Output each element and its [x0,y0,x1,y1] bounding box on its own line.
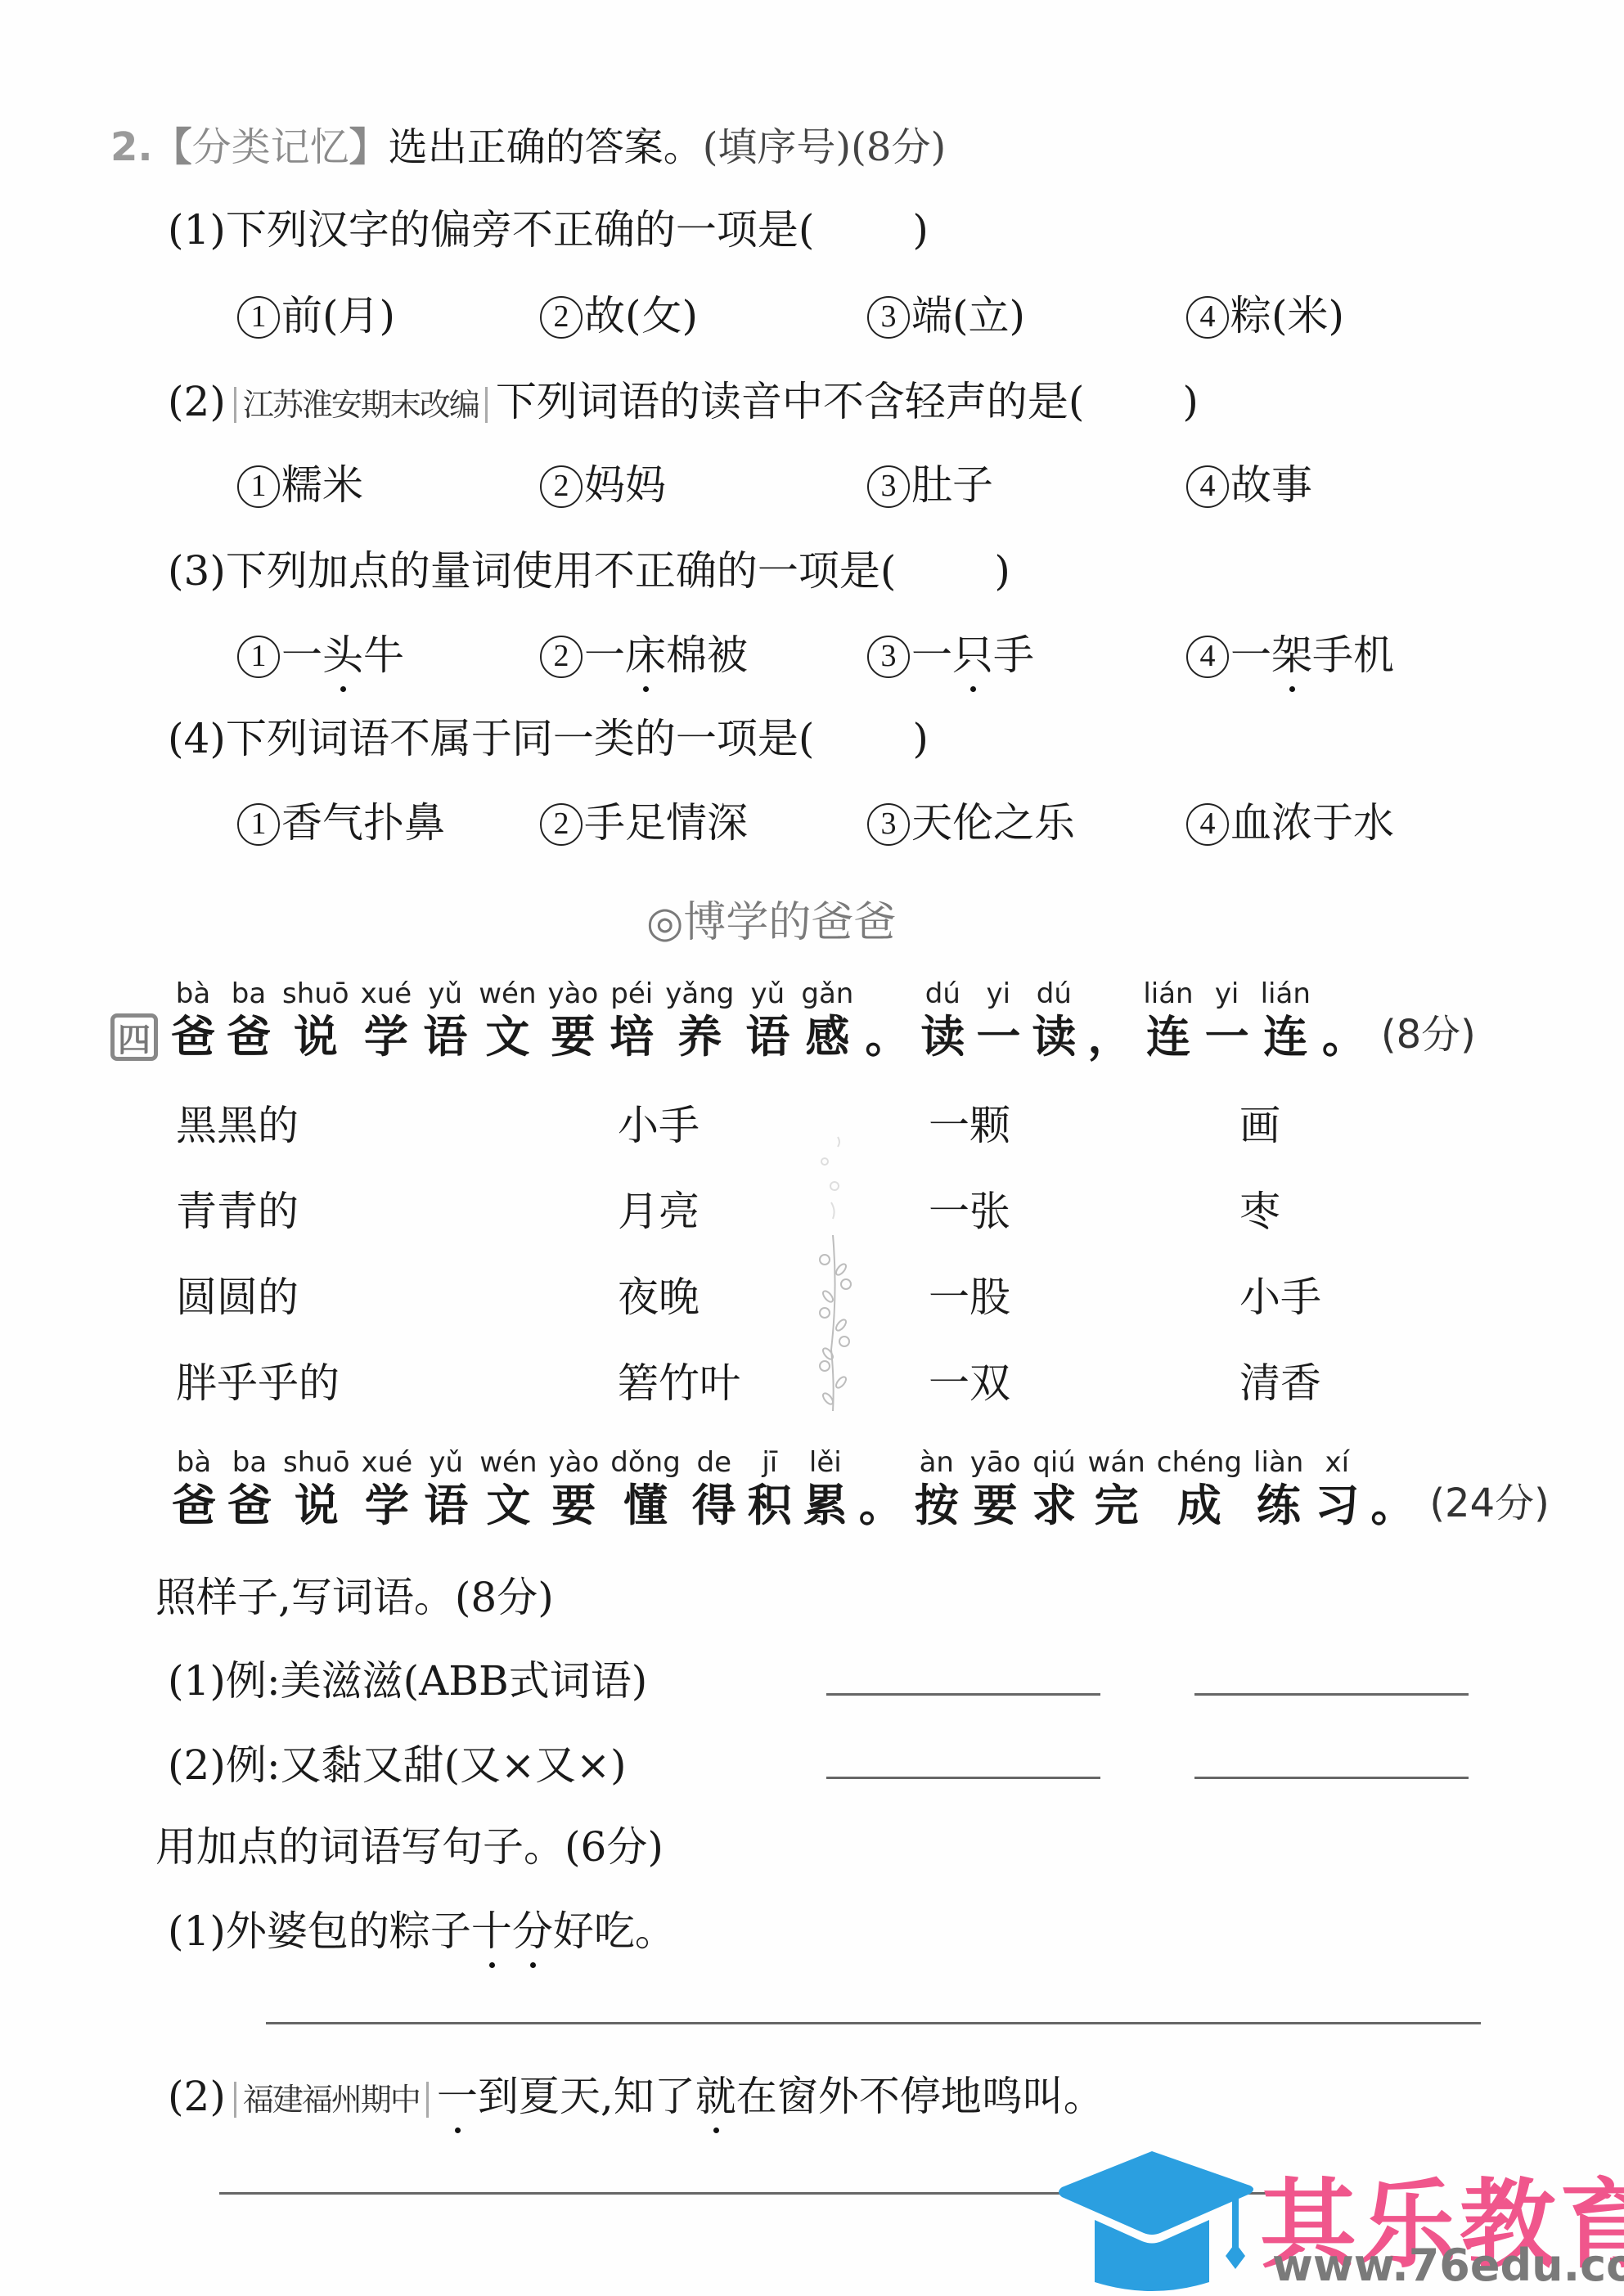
pinyin: yǎng [665,977,734,1010]
option-2: 2手足情深 [540,798,748,848]
hanzi: 懂 [623,1479,668,1533]
pinyin: lěi [809,1446,842,1479]
pinyin: wén [479,977,536,1010]
q2-item-1-prompt: (1)下列汉字的偏旁不正确的一项是() [168,204,929,255]
answer-blank-1b[interactable] [1194,1693,1469,1696]
pinyin: chéng [1157,1446,1242,1479]
hanzi: 读 [920,1010,965,1064]
hanzi: 感 [805,1010,849,1064]
pinyin-char: jī积 [748,1446,792,1533]
pinyin: yi [1215,977,1239,1010]
pinyin-char: yāo要 [970,1446,1021,1533]
part1-instruction: 照样子,写词语。(8分) [155,1572,554,1623]
q2-score: (8分) [851,124,946,170]
hanzi: 说 [294,1010,338,1064]
hanzi: 完 [1095,1479,1139,1533]
hanzi: 养 [677,1010,722,1064]
part2-item-1: (1)外婆包的粽子十分好吃。 [168,1906,676,1957]
hanzi: 语 [424,1479,468,1533]
pinyin-char: lián连 [1143,977,1193,1064]
pinyin-char: wén文 [479,977,536,1064]
pinyin-char: dǒng懂 [610,1446,681,1533]
hanzi: 习 [1315,1479,1359,1533]
pinyin: dǒng [610,1446,681,1479]
pinyin-char: ba爸 [227,1446,272,1533]
q2-category-tag: 分类记忆 [192,124,349,170]
pinyin-char: yi一 [1205,977,1249,1064]
option-3: 3天伦之乐 [867,798,1075,848]
hanzi: 文 [485,1010,529,1064]
pinyin-char: ba爸 [227,977,271,1064]
hanzi: 读 [1032,1010,1076,1064]
hanzi: 说 [295,1479,339,1533]
pinyin: yi [987,977,1011,1010]
option-4: 4故事 [1186,460,1312,510]
emphasis-dot-char: 只 [952,630,993,681]
option-3: 3一只手 [867,630,1034,681]
pinyin-char: wán完 [1088,1446,1145,1533]
emphasis-dot-char: 十 [471,1906,512,1957]
hanzi: 爸 [227,1010,271,1064]
pinyin-char: xué学 [362,1446,413,1533]
pinyin-char: yǔ语 [423,977,467,1064]
option-3: 3端(立) [867,290,1025,341]
pinyin-char: qiú求 [1032,1446,1077,1533]
pinyin-char: dú读 [1032,977,1076,1064]
hanzi: 累 [803,1479,848,1533]
pinyin: wán [1088,1446,1145,1479]
pinyin-char: 。 [859,1446,903,1533]
pinyin-char: shuō说 [283,1446,350,1533]
q2-heading: 2.【分类记忆】选出正确的答案。(填序号)(8分) [110,123,946,172]
pinyin: wén [479,1446,537,1479]
pinyin: dú [1037,977,1072,1010]
pinyin-char: de得 [692,1446,736,1533]
pinyin-char: yào要 [549,1446,600,1533]
pinyin-char: 。 [865,977,909,1064]
part1-item-2: (2)例:又黏又甜(又×又×) [168,1740,626,1791]
match-col-3-row-2[interactable]: 一张 [929,1186,1010,1237]
pinyin: qiú [1032,1446,1076,1479]
pinyin: lián [1261,977,1311,1010]
pinyin: péi [610,977,653,1010]
section-5-score: (24分) [1429,1472,1550,1528]
match-col-2-row-1[interactable]: 小手 [618,1100,700,1151]
option-1: 1糯米 [237,460,363,510]
pinyin-char: 。 [1322,977,1366,1064]
pinyin: xué [361,977,412,1010]
pinyin-char: yǎng养 [665,977,734,1064]
source-tag: 江苏淮安期末改编 [234,387,488,423]
option-1: 1前(月) [237,290,395,341]
pinyin: de [697,1446,732,1479]
emphasis-dot-char: 分 [512,1906,553,1957]
emphasis-dot-char: 头 [322,630,363,681]
match-col-3-row-4[interactable]: 一双 [929,1358,1010,1409]
option-3: 3肚子 [867,460,993,510]
pinyin-char: 。 [1370,1446,1415,1533]
pinyin: xí [1325,1446,1350,1479]
option-4: 4粽(米) [1186,290,1344,341]
pinyin: yǔ [751,977,785,1010]
pinyin-char: wén文 [479,1446,537,1533]
pinyin-char: yǔ语 [424,1446,468,1533]
pinyin: yāo [970,1446,1021,1479]
pinyin: bà [177,1446,211,1479]
match-col-2-row-3[interactable]: 夜晚 [618,1272,700,1323]
pinyin-char: xué学 [361,977,412,1064]
match-col-4-row-1[interactable]: 画 [1239,1100,1280,1151]
hanzi: 学 [364,1010,408,1064]
hanzi: 得 [692,1479,736,1533]
pinyin-title: bà爸ba爸shuō说xué学yǔ语wén文yào要dǒng懂de得jī积lěi… [172,1446,1426,1533]
pinyin-char: xí习 [1315,1446,1359,1533]
section-number-badge: 四 [110,1013,158,1061]
pinyin: shuō [283,1446,350,1479]
pinyin-title: bà爸ba爸shuō说xué学yǔ语wén文yào要péi培yǎng养yǔ语gǎ… [171,977,1378,1064]
pinyin: gǎn [801,977,853,1010]
pinyin: yào [549,1446,600,1479]
pinyin-char: shuō说 [282,977,349,1064]
pinyin-char: yi一 [976,977,1020,1064]
pinyin: xué [362,1446,413,1479]
hanzi: 求 [1032,1479,1077,1533]
option-2: 2妈妈 [540,460,666,510]
emphasis-dot-char: 一 [437,2071,478,2122]
pinyin: yǔ [429,1446,463,1479]
emphasis-dot-char: 床 [625,630,666,681]
pinyin: lián [1143,977,1193,1010]
option-1: 1香气扑鼻 [237,798,445,848]
hanzi: 按 [915,1479,959,1533]
pinyin-char: yǔ语 [745,977,790,1064]
pinyin: jī [762,1446,777,1479]
hanzi: 要 [551,1010,595,1064]
q2-item-2-prompt: (2)江苏淮安期末改编下列词语的读音中不含轻声的是() [168,376,1199,430]
pinyin-char: péi培 [610,977,654,1064]
hanzi: 。 [859,1479,903,1533]
hanzi: 爸 [171,1010,215,1064]
hanzi: 。 [865,1010,909,1064]
match-col-4-row-4[interactable]: 清香 [1239,1358,1321,1409]
answer-blank-2b[interactable] [1194,1777,1469,1779]
pinyin: liàn [1253,1446,1303,1479]
hanzi: 爸 [227,1479,272,1533]
hanzi: 培 [610,1010,654,1064]
pinyin: ba [232,977,266,1010]
match-col-3-row-3[interactable]: 一股 [929,1272,1010,1323]
pinyin-char: ， [1087,977,1131,1064]
pinyin: yào [548,977,599,1010]
part2-item-2: (2)福建福州期中一到夏天,知了就在窗外不停地鸣叫。 [168,2071,1104,2125]
hanzi: 成 [1177,1479,1221,1533]
option-1: 1一头牛 [237,630,404,681]
match-col-2-row-2[interactable]: 月亮 [618,1186,700,1237]
hanzi: 要 [974,1479,1018,1533]
pinyin-char: chéng成 [1157,1446,1242,1533]
pinyin-char: bà爸 [172,1446,216,1533]
hanzi: 学 [365,1479,409,1533]
match-col-1-row-1[interactable]: 黑黑的 [176,1100,299,1151]
option-4: 4一架手机 [1186,630,1394,681]
hanzi: 文 [486,1479,530,1533]
hanzi: 连 [1263,1010,1307,1064]
pinyin-char: àn按 [915,1446,959,1533]
source-tag: 福建福州期中 [234,2082,429,2118]
pinyin: shuō [282,977,349,1010]
match-col-4-row-3[interactable]: 小手 [1239,1272,1321,1323]
q2-item-4-prompt: (4)下列词语不属于同一类的一项是() [168,713,929,764]
pinyin: dú [925,977,960,1010]
match-col-4-row-2[interactable]: 枣 [1239,1186,1280,1237]
hanzi: 。 [1370,1479,1415,1533]
section-5-heading: bà爸ba爸shuō说xué学yǔ语wén文yào要dǒng懂de得jī积lěi… [172,1446,1550,1533]
hanzi: 要 [551,1479,596,1533]
vine-decoration-icon [810,1088,859,1415]
pinyin-char: bà爸 [171,977,215,1064]
hanzi: 爸 [172,1479,216,1533]
q2-number: 2. [110,124,153,170]
hanzi: 。 [1322,1010,1366,1064]
section-4-heading: 四 bà爸ba爸shuō说xué学yǔ语wén文yào要péi培yǎng养yǔ语… [110,977,1476,1064]
pinyin-char: dú读 [920,977,965,1064]
graduation-cap-icon [1054,2136,1258,2292]
brand-url[interactable]: www.76edu.com [1272,2240,1624,2291]
part2-instruction: 用加点的词语写句子。(6分) [155,1822,664,1872]
option-2: 2一床棉被 [540,630,748,681]
pinyin-char: yào要 [548,977,599,1064]
pinyin: yǔ [428,977,462,1010]
pinyin: ba [232,1446,267,1479]
pinyin-char: lěi累 [803,1446,848,1533]
option-2: 2故(攵) [540,290,698,341]
pinyin-char: liàn练 [1253,1446,1303,1533]
pinyin-char: lián连 [1261,977,1311,1064]
hanzi: 练 [1257,1479,1301,1533]
pinyin: bà [176,977,210,1010]
hanzi: 一 [976,1010,1020,1064]
section-4-score: (8分) [1381,1003,1476,1059]
match-col-2-row-4[interactable]: 箬竹叶 [618,1358,740,1409]
hanzi: 语 [745,1010,790,1064]
match-col-1-row-3[interactable]: 圆圆的 [176,1272,299,1323]
pinyin-char: gǎn感 [801,977,853,1064]
match-col-3-row-1[interactable]: 一颗 [929,1100,1010,1151]
match-col-1-row-4[interactable]: 胖乎乎的 [176,1358,340,1409]
hanzi: 积 [748,1479,792,1533]
emphasis-dot-char: 架 [1271,630,1312,681]
section-subtitle: ◎博学的爸爸 [646,887,896,949]
q2-instruction: 选出正确的答案。 [389,124,703,170]
answer-line-1[interactable] [266,2022,1481,2024]
q2-item-3-prompt: (3)下列加点的量词使用不正确的一项是() [168,546,1010,596]
hanzi: 语 [423,1010,467,1064]
match-col-1-row-2[interactable]: 青青的 [176,1186,299,1237]
answer-blank-2a[interactable] [826,1777,1100,1779]
hanzi: 连 [1146,1010,1190,1064]
part1-item-1: (1)例:美滋滋(ABB式词语) [168,1656,647,1706]
emphasis-dot-char: 就 [695,2071,736,2122]
hanzi: 一 [1205,1010,1249,1064]
hanzi: ， [1087,1010,1131,1064]
answer-blank-1a[interactable] [826,1693,1100,1696]
pinyin: àn [920,1446,954,1479]
option-4: 4血浓于水 [1186,798,1394,848]
